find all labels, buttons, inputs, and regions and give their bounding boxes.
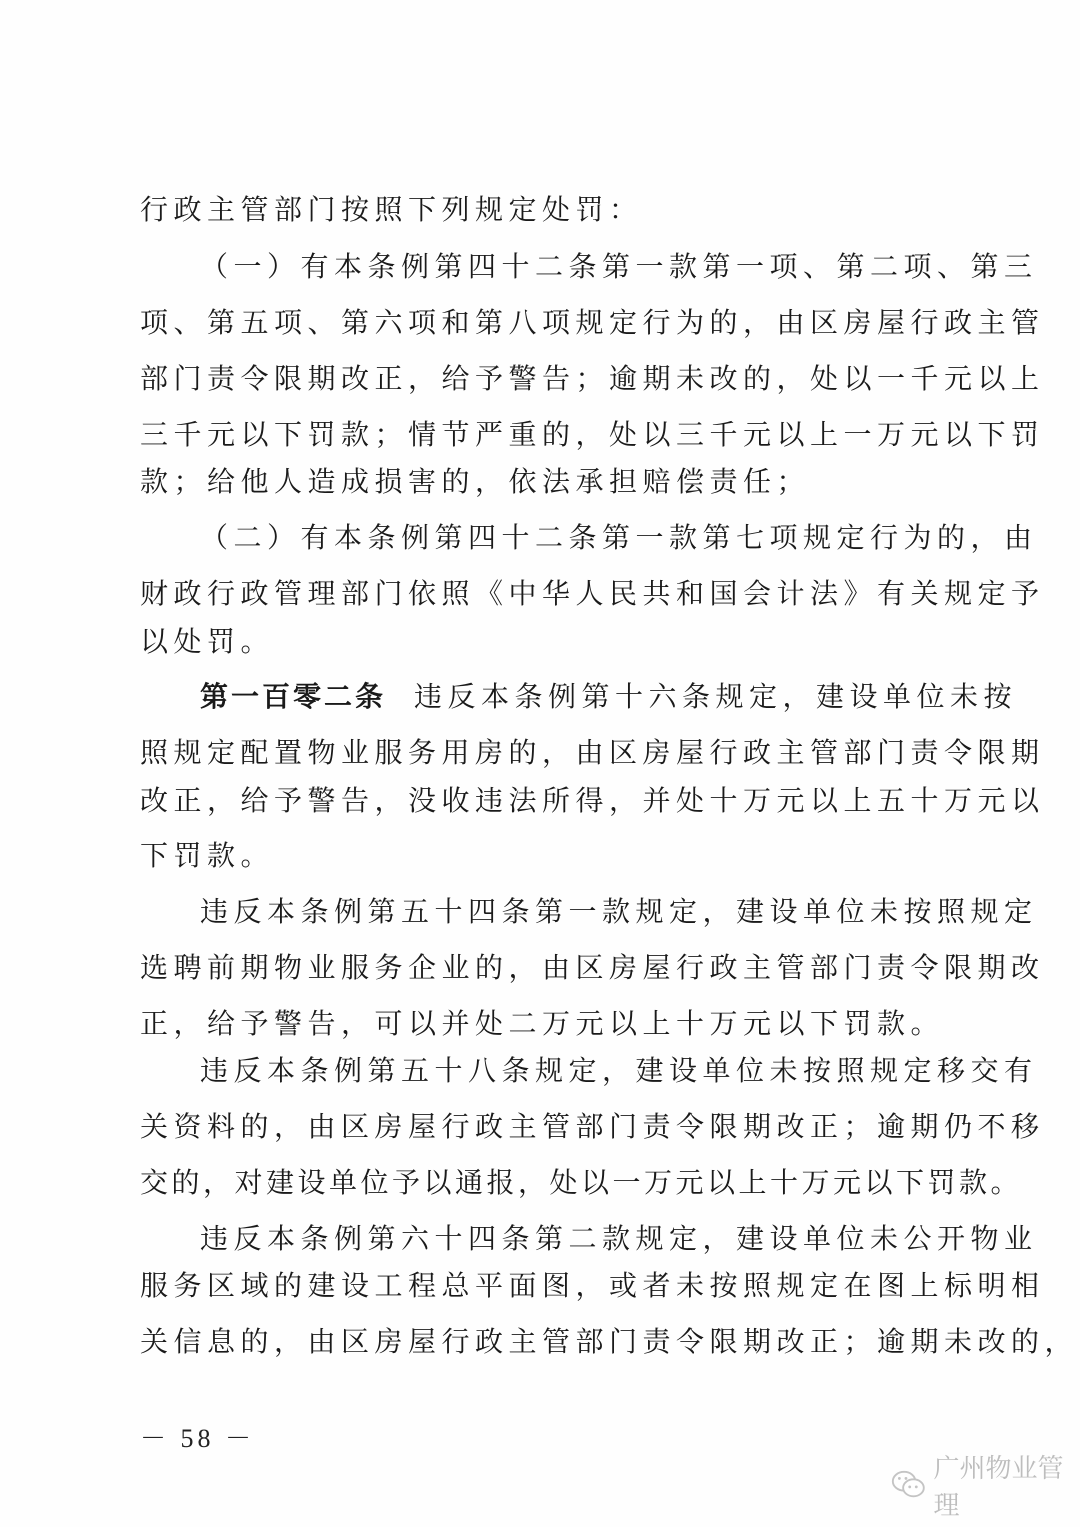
text-line: 行政主管部门按照下列规定处罚： [140,190,940,230]
text-line: 关信息的，由区房屋行政主管部门责令限期改正；逾期未改的， [140,1322,940,1362]
article-heading: 第一百零二条 [200,680,386,713]
article-text: 违反本条例第十六条规定，建设单位未按 [414,680,1017,713]
text-line: 交的，对建设单位予以通报，处以一万元以上十万元以下罚款。 [140,1163,940,1203]
text-line: 选聘前期物业服务企业的，由区房屋行政主管部门责令限期改 [140,948,940,988]
text-line: （二）有本条例第四十二条第一款第七项规定行为的，由 [200,518,1000,558]
document-page: 行政主管部门按照下列规定处罚： （一）有本条例第四十二条第一款第一项、第二项、第… [0,0,1080,1527]
text-line: 违反本条例第六十四条第二款规定，建设单位未公开物业 [200,1219,1000,1259]
text-line: 部门责令限期改正，给予警告；逾期未改的，处以一千元以上 [140,359,940,399]
text-line: 以处罚。 [140,622,940,662]
text-line: 违反本条例第五十四条第一款规定，建设单位未按照规定 [200,892,1000,932]
text-line: 三千元以下罚款；情节严重的，处以三千元以上一万元以下罚 [140,415,940,455]
text-line: 款；给他人造成损害的，依法承担赔偿责任； [140,462,940,502]
text-line: 关资料的，由区房屋行政主管部门责令限期改正；逾期仍不移 [140,1107,940,1147]
text-line: 财政行政管理部门依照《中华人民共和国会计法》有关规定予 [140,574,940,614]
text-line: 正，给予警告，可以并处二万元以上十万元以下罚款。 [140,1004,940,1044]
text-line: 下罚款。 [140,836,940,876]
text-line: （一）有本条例第四十二条第一款第一项、第二项、第三 [200,247,1000,287]
text-line: 违反本条例第五十八条规定，建设单位未按照规定移交有 [200,1051,1000,1091]
text-line: 照规定配置物业服务用房的，由区房屋行政主管部门责令限期 [140,733,940,773]
page-number: － 58 － [140,1418,255,1455]
text-line: 改正，给予警告，没收违法所得，并处十万元以上五十万元以 [140,781,940,821]
text-line: 服务区域的建设工程总平面图，或者未按照规定在图上标明相 [140,1266,940,1306]
article-line: 第一百零二条违反本条例第十六条规定，建设单位未按 [200,677,1000,717]
wechat-icon [890,1467,928,1503]
watermark: 广州物业管理 [890,1448,1080,1522]
watermark-text: 广州物业管理 [934,1448,1080,1522]
text-line: 项、第五项、第六项和第八项规定行为的，由区房屋行政主管 [140,303,940,343]
